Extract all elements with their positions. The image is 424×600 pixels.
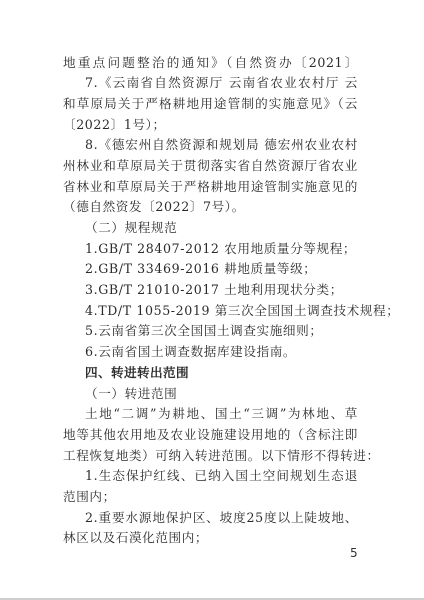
text-line: 〔2022〕1号）；: [63, 115, 358, 136]
text-line: 地重点问题整治的通知》（自然资办〔2021〕2206号）；: [63, 53, 358, 74]
text-line: 1.生态保护红线、已纳入国土空间规划生态退耕和计划: [63, 466, 358, 487]
page-number: 5: [350, 546, 358, 560]
text-line: 州林业和草原局关于贯彻落实省自然资源厅省农业农村厅: [63, 156, 358, 177]
text-line: 4.TD/T 1055-2019 第三次全国国土调查技术规程；: [63, 301, 358, 322]
body-text: 地重点问题整治的通知》（自然资办〔2021〕2206号）；7.《云南省自然资源厅…: [63, 53, 358, 550]
text-line: 和草原局关于严格耕地用途管制的实施意见》（云自然资: [63, 94, 358, 115]
text-line: 省林业和草原局关于严格耕地用途管制实施意见的通知》: [63, 177, 358, 198]
text-line: 2.GB/T 33469-2016 耕地质量等级；: [63, 259, 358, 280]
text-line: 林区以及石漠化范围内；: [63, 528, 358, 549]
text-line: 土地“二调”为耕地、国土“三调”为林地、草地、园: [63, 404, 358, 425]
text-line: （二）规程规范: [63, 218, 358, 239]
text-line: 6.云南省国土调查数据库建设指南。: [63, 342, 358, 363]
text-line: 8.《德宏州自然资源和规划局 德宏州农业农村局 德宏: [63, 135, 358, 156]
section-heading: 四、转进转出范围: [63, 363, 358, 384]
text-line: 5.云南省第三次全国国土调查实施细则；: [63, 321, 358, 342]
text-line: 2.重要水源地保护区、坡度25度以上陡坡地、河道湖区、: [63, 508, 358, 529]
document-page: 地重点问题整治的通知》（自然资办〔2021〕2206号）；7.《云南省自然资源厅…: [0, 0, 424, 598]
text-line: 工程恢复地类）可纳入转进范围。以下情形不得转进：: [63, 446, 358, 467]
text-line: （德自然资发〔2022〕7号）。: [63, 197, 358, 218]
text-line: 1.GB/T 28407-2012 农用地质量分等规程；: [63, 239, 358, 260]
text-line: （一）转进范围: [63, 384, 358, 405]
text-line: 范围内；: [63, 487, 358, 508]
text-line: 7.《云南省自然资源厅 云南省农业农村厅 云南省林业: [63, 73, 358, 94]
text-line: 地等其他农用地及农业设施建设用地的（含标注即可恢复、: [63, 425, 358, 446]
text-line: 3.GB/T 21010-2017 土地利用现状分类；: [63, 280, 358, 301]
